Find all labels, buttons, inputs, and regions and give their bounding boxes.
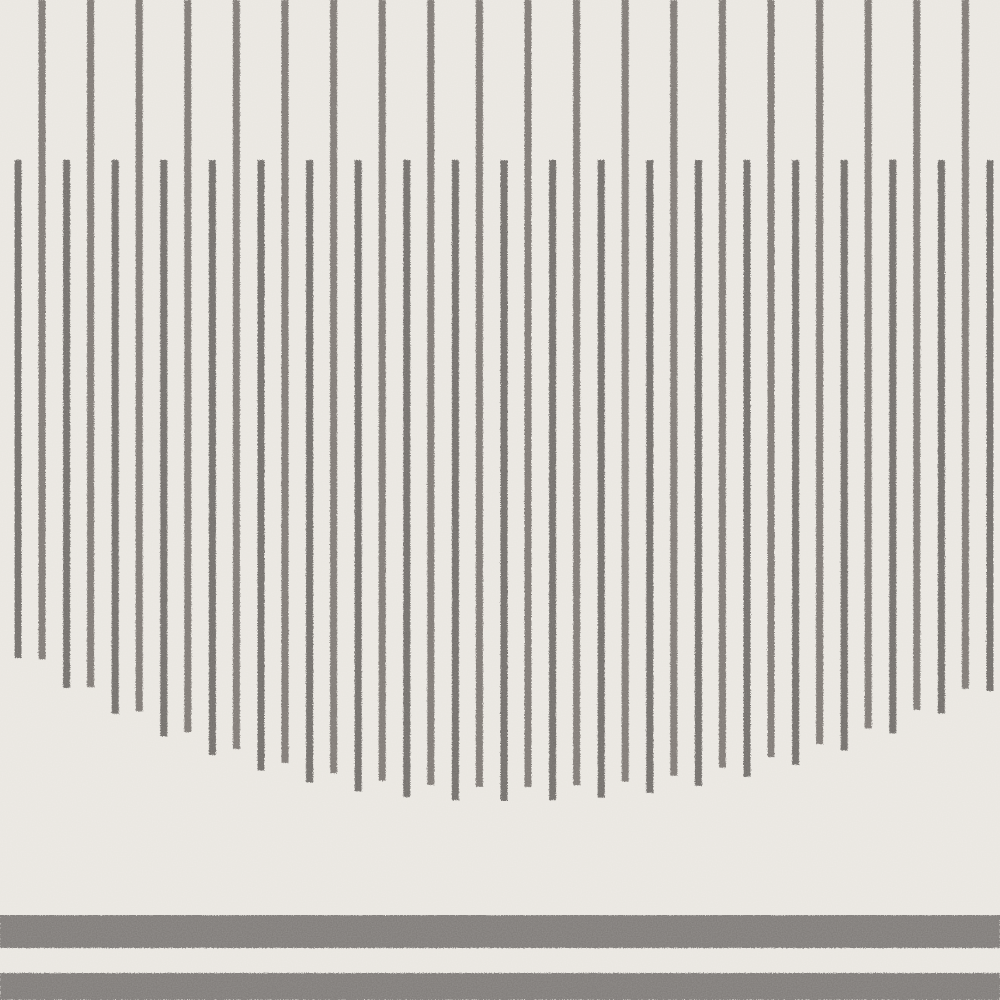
rug-texture	[0, 0, 1000, 1000]
texture-grain	[0, 0, 1000, 1000]
rug-pattern	[0, 0, 1000, 1000]
